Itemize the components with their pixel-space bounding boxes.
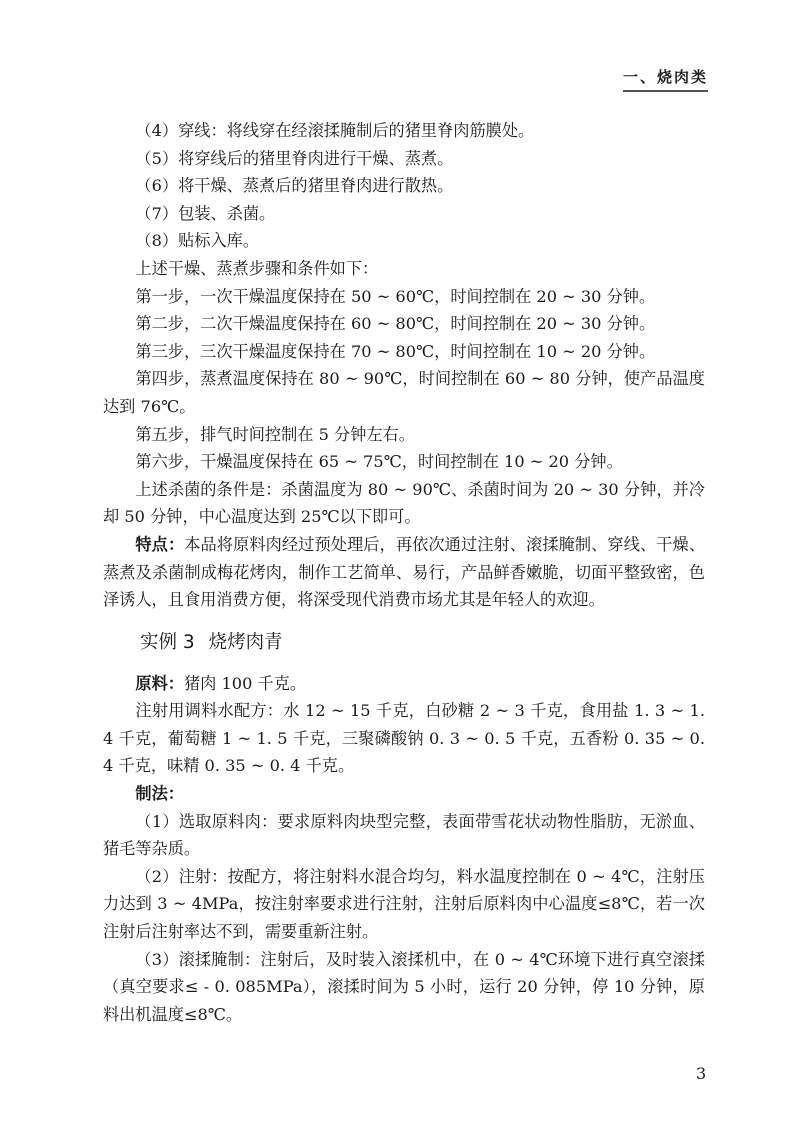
drying-step: 第三步，三次干燥温度保持在 70 ~ 80℃，时间控制在 10 ~ 20 分钟。 bbox=[103, 338, 705, 366]
method-step: （3）滚揉腌制：注射后，及时装入滚揉机中，在 0 ~ 4℃环境下进行真空滚揉（真… bbox=[103, 946, 705, 1029]
process-step: （7）包装、杀菌。 bbox=[103, 200, 705, 228]
drying-step: 第二步，二次干燥温度保持在 60 ~ 80℃，时间控制在 20 ~ 30 分钟。 bbox=[103, 310, 705, 338]
page-number: 3 bbox=[696, 1064, 706, 1083]
method-label: 制法： bbox=[135, 784, 184, 803]
sterilization-conditions: 上述杀菌的条件是：杀菌温度为 80 ~ 90℃、杀菌时间为 20 ~ 30 分钟… bbox=[103, 476, 705, 531]
ingredients-paragraph: 原料：猪肉 100 千克。 bbox=[103, 670, 705, 698]
method-step: （2）注射：按配方，将注射料水混合均匀，料水温度控制在 0 ~ 4℃，注射压力达… bbox=[103, 863, 705, 946]
example-title: 烧烤肉青 bbox=[209, 632, 283, 653]
ingredients-label: 原料： bbox=[135, 674, 184, 693]
process-step: （4）穿线：将线穿在经滚揉腌制后的猪里脊肉筋膜处。 bbox=[103, 117, 705, 145]
running-head: 一、烧肉类 bbox=[623, 66, 708, 92]
drying-step: 第六步，干燥温度保持在 65 ~ 75℃，时间控制在 10 ~ 20 分钟。 bbox=[103, 448, 705, 476]
drying-intro: 上述干燥、蒸煮步骤和条件如下： bbox=[103, 255, 705, 283]
method-step: （1）选取原料肉：要求原料肉块型完整，表面带雪花状动物性脂肪，无淤血、猪毛等杂质… bbox=[103, 808, 705, 863]
page-body: （4）穿线：将线穿在经滚揉腌制后的猪里脊肉筋膜处。 （5）将穿线后的猪里脊肉进行… bbox=[103, 117, 705, 1028]
process-step: （6）将干燥、蒸煮后的猪里脊肉进行散热。 bbox=[103, 172, 705, 200]
process-step: （8）贴标入库。 bbox=[103, 227, 705, 255]
features-text: 本品将原料肉经过预处理后，再依次通过注射、滚揉腌制、穿线、干燥、蒸煮及杀菌制成梅… bbox=[103, 535, 705, 609]
method-heading: 制法： bbox=[103, 780, 705, 808]
brine-formula: 注射用调料水配方：水 12 ~ 15 千克，白砂糖 2 ~ 3 千克，食用盐 1… bbox=[103, 697, 705, 780]
drying-step: 第四步，蒸煮温度保持在 80 ~ 90℃，时间控制在 60 ~ 80 分钟，使产… bbox=[103, 365, 705, 420]
example-heading: 实例 3烧烤肉青 bbox=[103, 626, 705, 660]
features-label: 特点： bbox=[135, 535, 184, 554]
ingredients-text: 猪肉 100 千克。 bbox=[184, 674, 306, 693]
drying-step: 第一步，一次干燥温度保持在 50 ~ 60℃，时间控制在 20 ~ 30 分钟。 bbox=[103, 283, 705, 311]
process-step: （5）将穿线后的猪里脊肉进行干燥、蒸煮。 bbox=[103, 145, 705, 173]
features-paragraph: 特点：本品将原料肉经过预处理后，再依次通过注射、滚揉腌制、穿线、干燥、蒸煮及杀菌… bbox=[103, 531, 705, 614]
drying-step: 第五步，排气时间控制在 5 分钟左右。 bbox=[103, 421, 705, 449]
example-number: 实例 3 bbox=[140, 632, 195, 653]
